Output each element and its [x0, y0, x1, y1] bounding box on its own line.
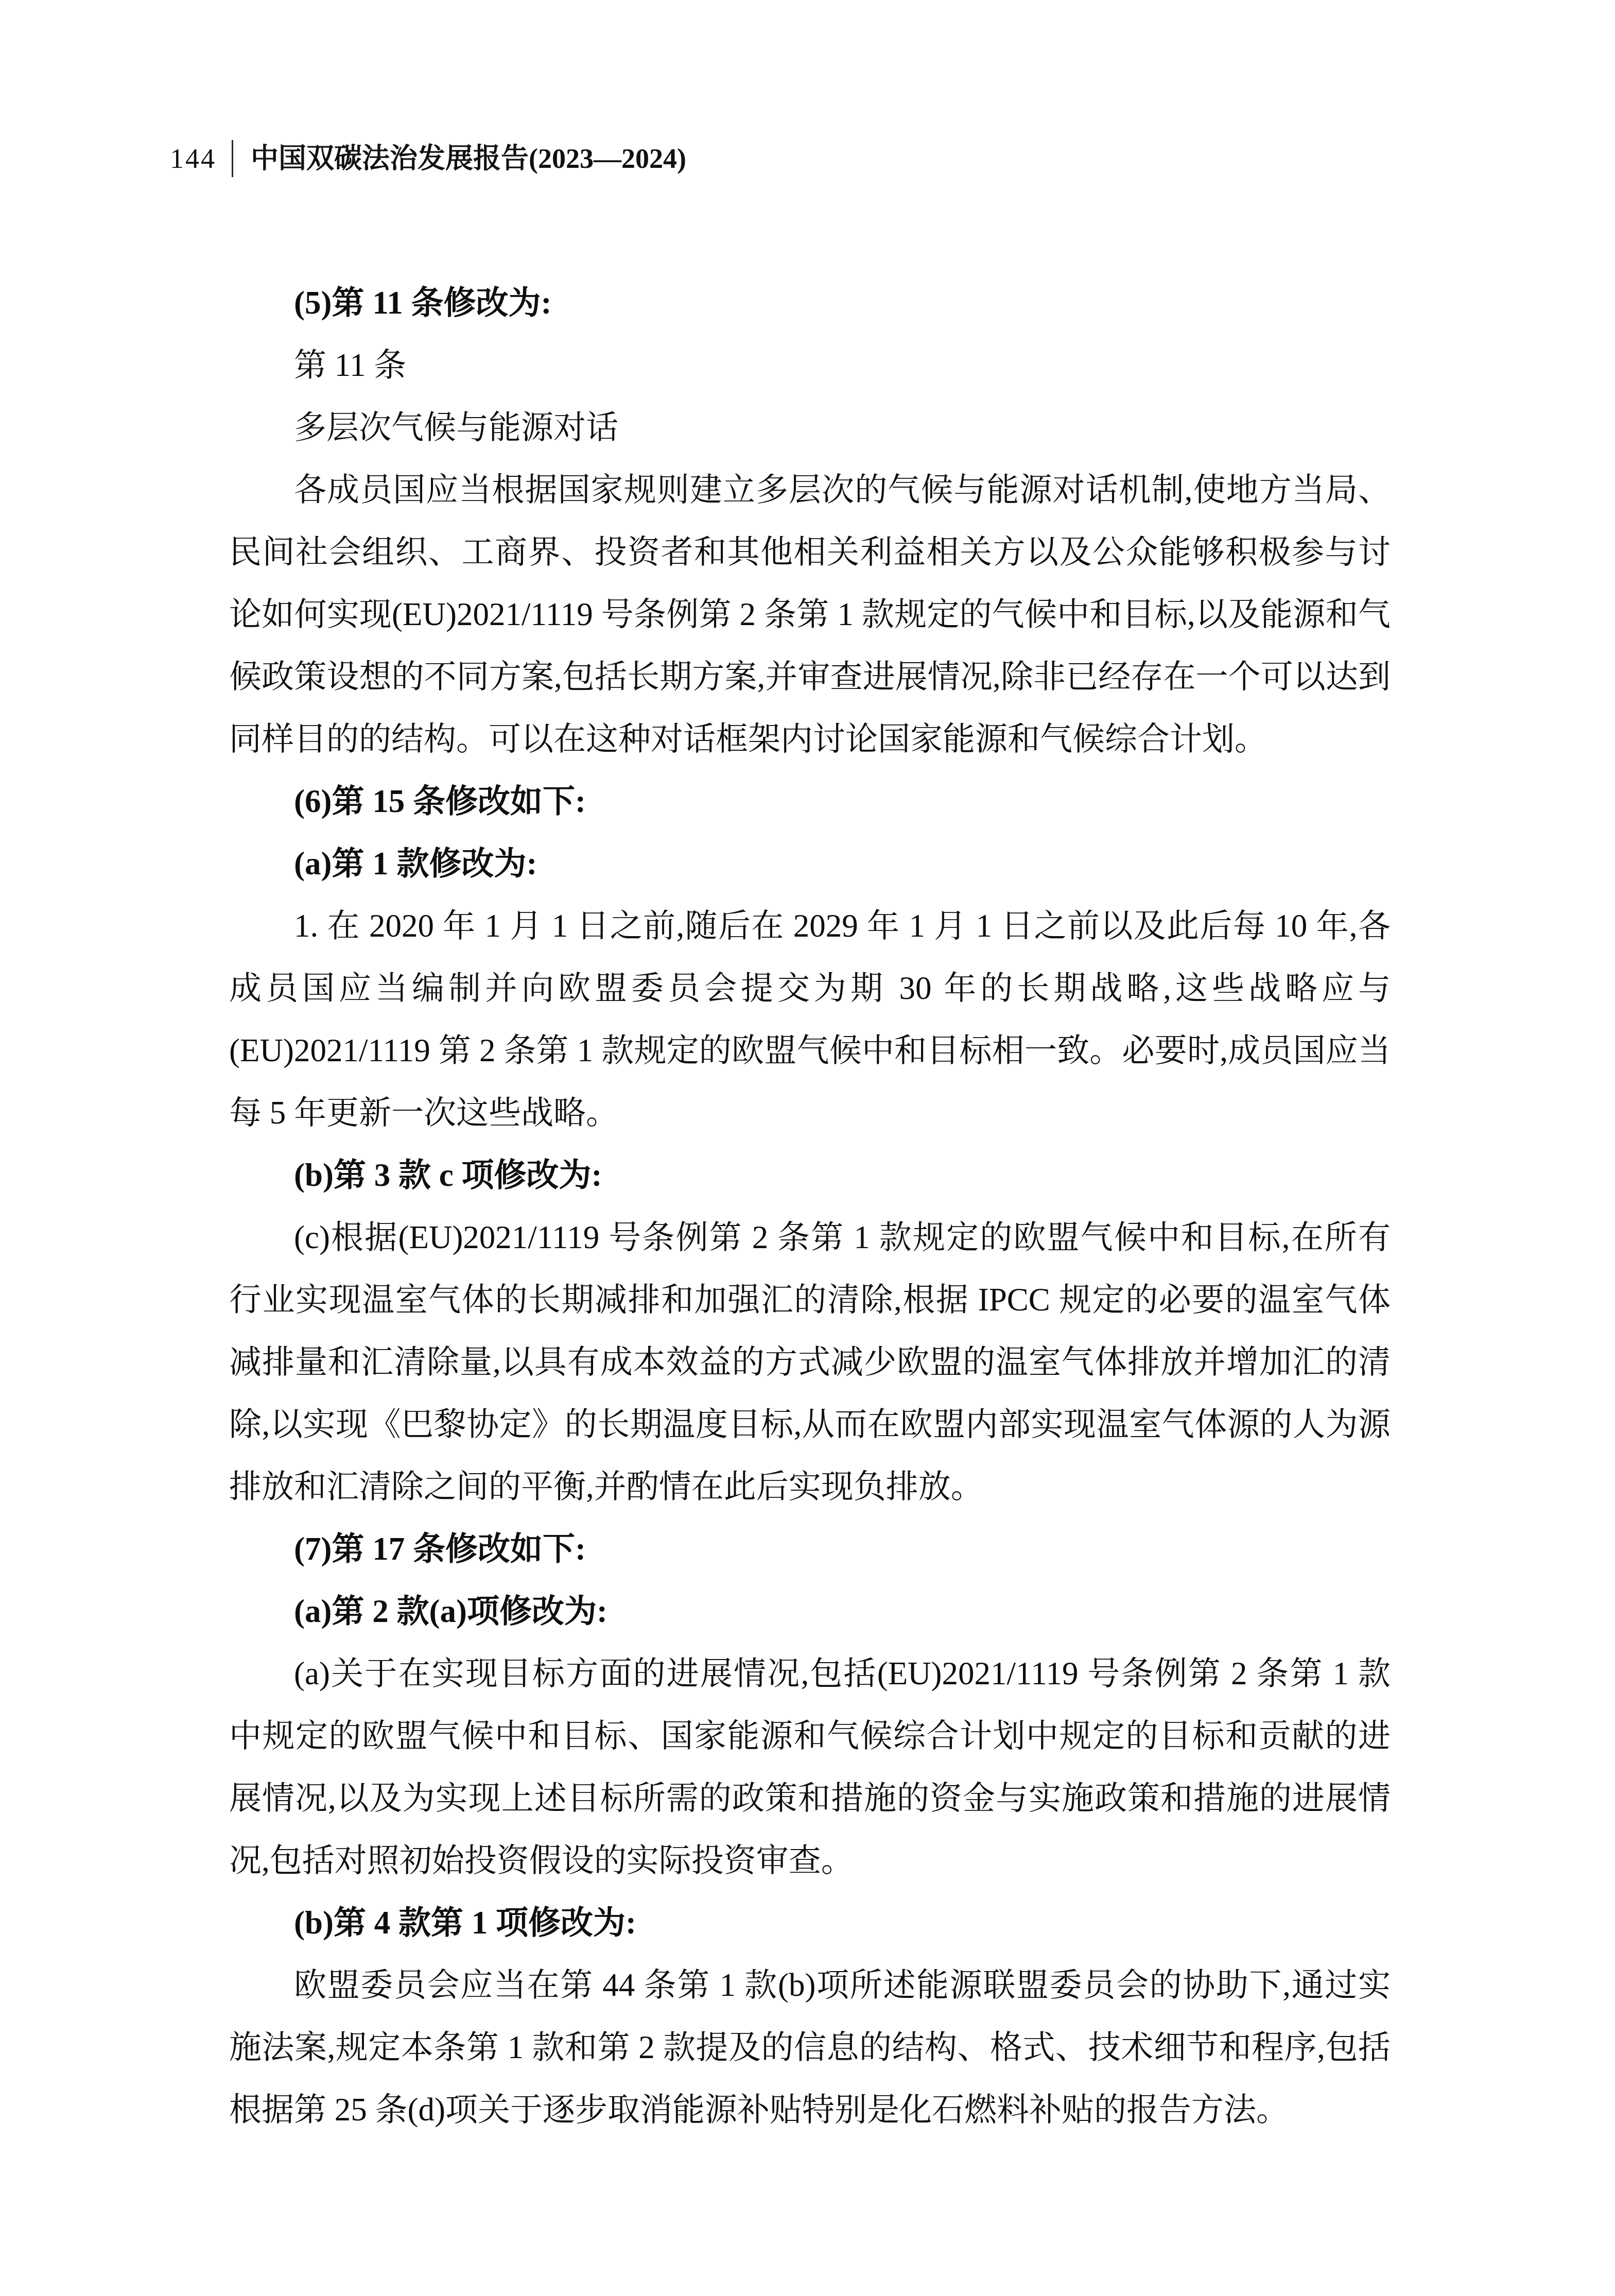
heading-amendment-5: (5)第 11 条修改为:	[229, 272, 1391, 334]
book-title: 中国双碳法治发展报告(2023—2024)	[251, 145, 686, 172]
heading-amendment-6a: (a)第 1 款修改为:	[229, 833, 1391, 895]
article-11-number: 第 11 条	[229, 334, 1391, 396]
header-divider	[232, 140, 233, 177]
paragraph-article-17-2a: (a)关于在实现目标方面的进展情况,包括(EU)2021/1119 号条例第 2…	[229, 1643, 1391, 1892]
heading-amendment-6: (6)第 15 条修改如下:	[229, 770, 1391, 833]
heading-amendment-7: (7)第 17 条修改如下:	[229, 1518, 1391, 1580]
paragraph-article-15-3c: (c)根据(EU)2021/1119 号条例第 2 条第 1 款规定的欧盟气候中…	[229, 1206, 1391, 1518]
running-header: 144 中国双碳法治发展报告(2023—2024)	[170, 140, 686, 177]
book-page: 144 中国双碳法治发展报告(2023—2024) (5)第 11 条修改为: …	[0, 0, 1615, 2296]
article-11-title: 多层次气候与能源对话	[229, 396, 1391, 459]
heading-amendment-7b: (b)第 4 款第 1 项修改为:	[229, 1892, 1391, 1954]
heading-amendment-7a: (a)第 2 款(a)项修改为:	[229, 1580, 1391, 1643]
page-body-text: (5)第 11 条修改为: 第 11 条 多层次气候与能源对话 各成员国应当根据…	[229, 272, 1391, 2141]
page-number: 144	[170, 145, 216, 172]
article-11-body: 各成员国应当根据国家规则建立多层次的气候与能源对话机制,使地方当局、民间社会组织…	[229, 459, 1391, 770]
paragraph-article-15-1: 1. 在 2020 年 1 月 1 日之前,随后在 2029 年 1 月 1 日…	[229, 895, 1391, 1144]
heading-amendment-6b: (b)第 3 款 c 项修改为:	[229, 1144, 1391, 1206]
paragraph-article-17-4-1: 欧盟委员会应当在第 44 条第 1 款(b)项所述能源联盟委员会的协助下,通过实…	[229, 1954, 1391, 2141]
